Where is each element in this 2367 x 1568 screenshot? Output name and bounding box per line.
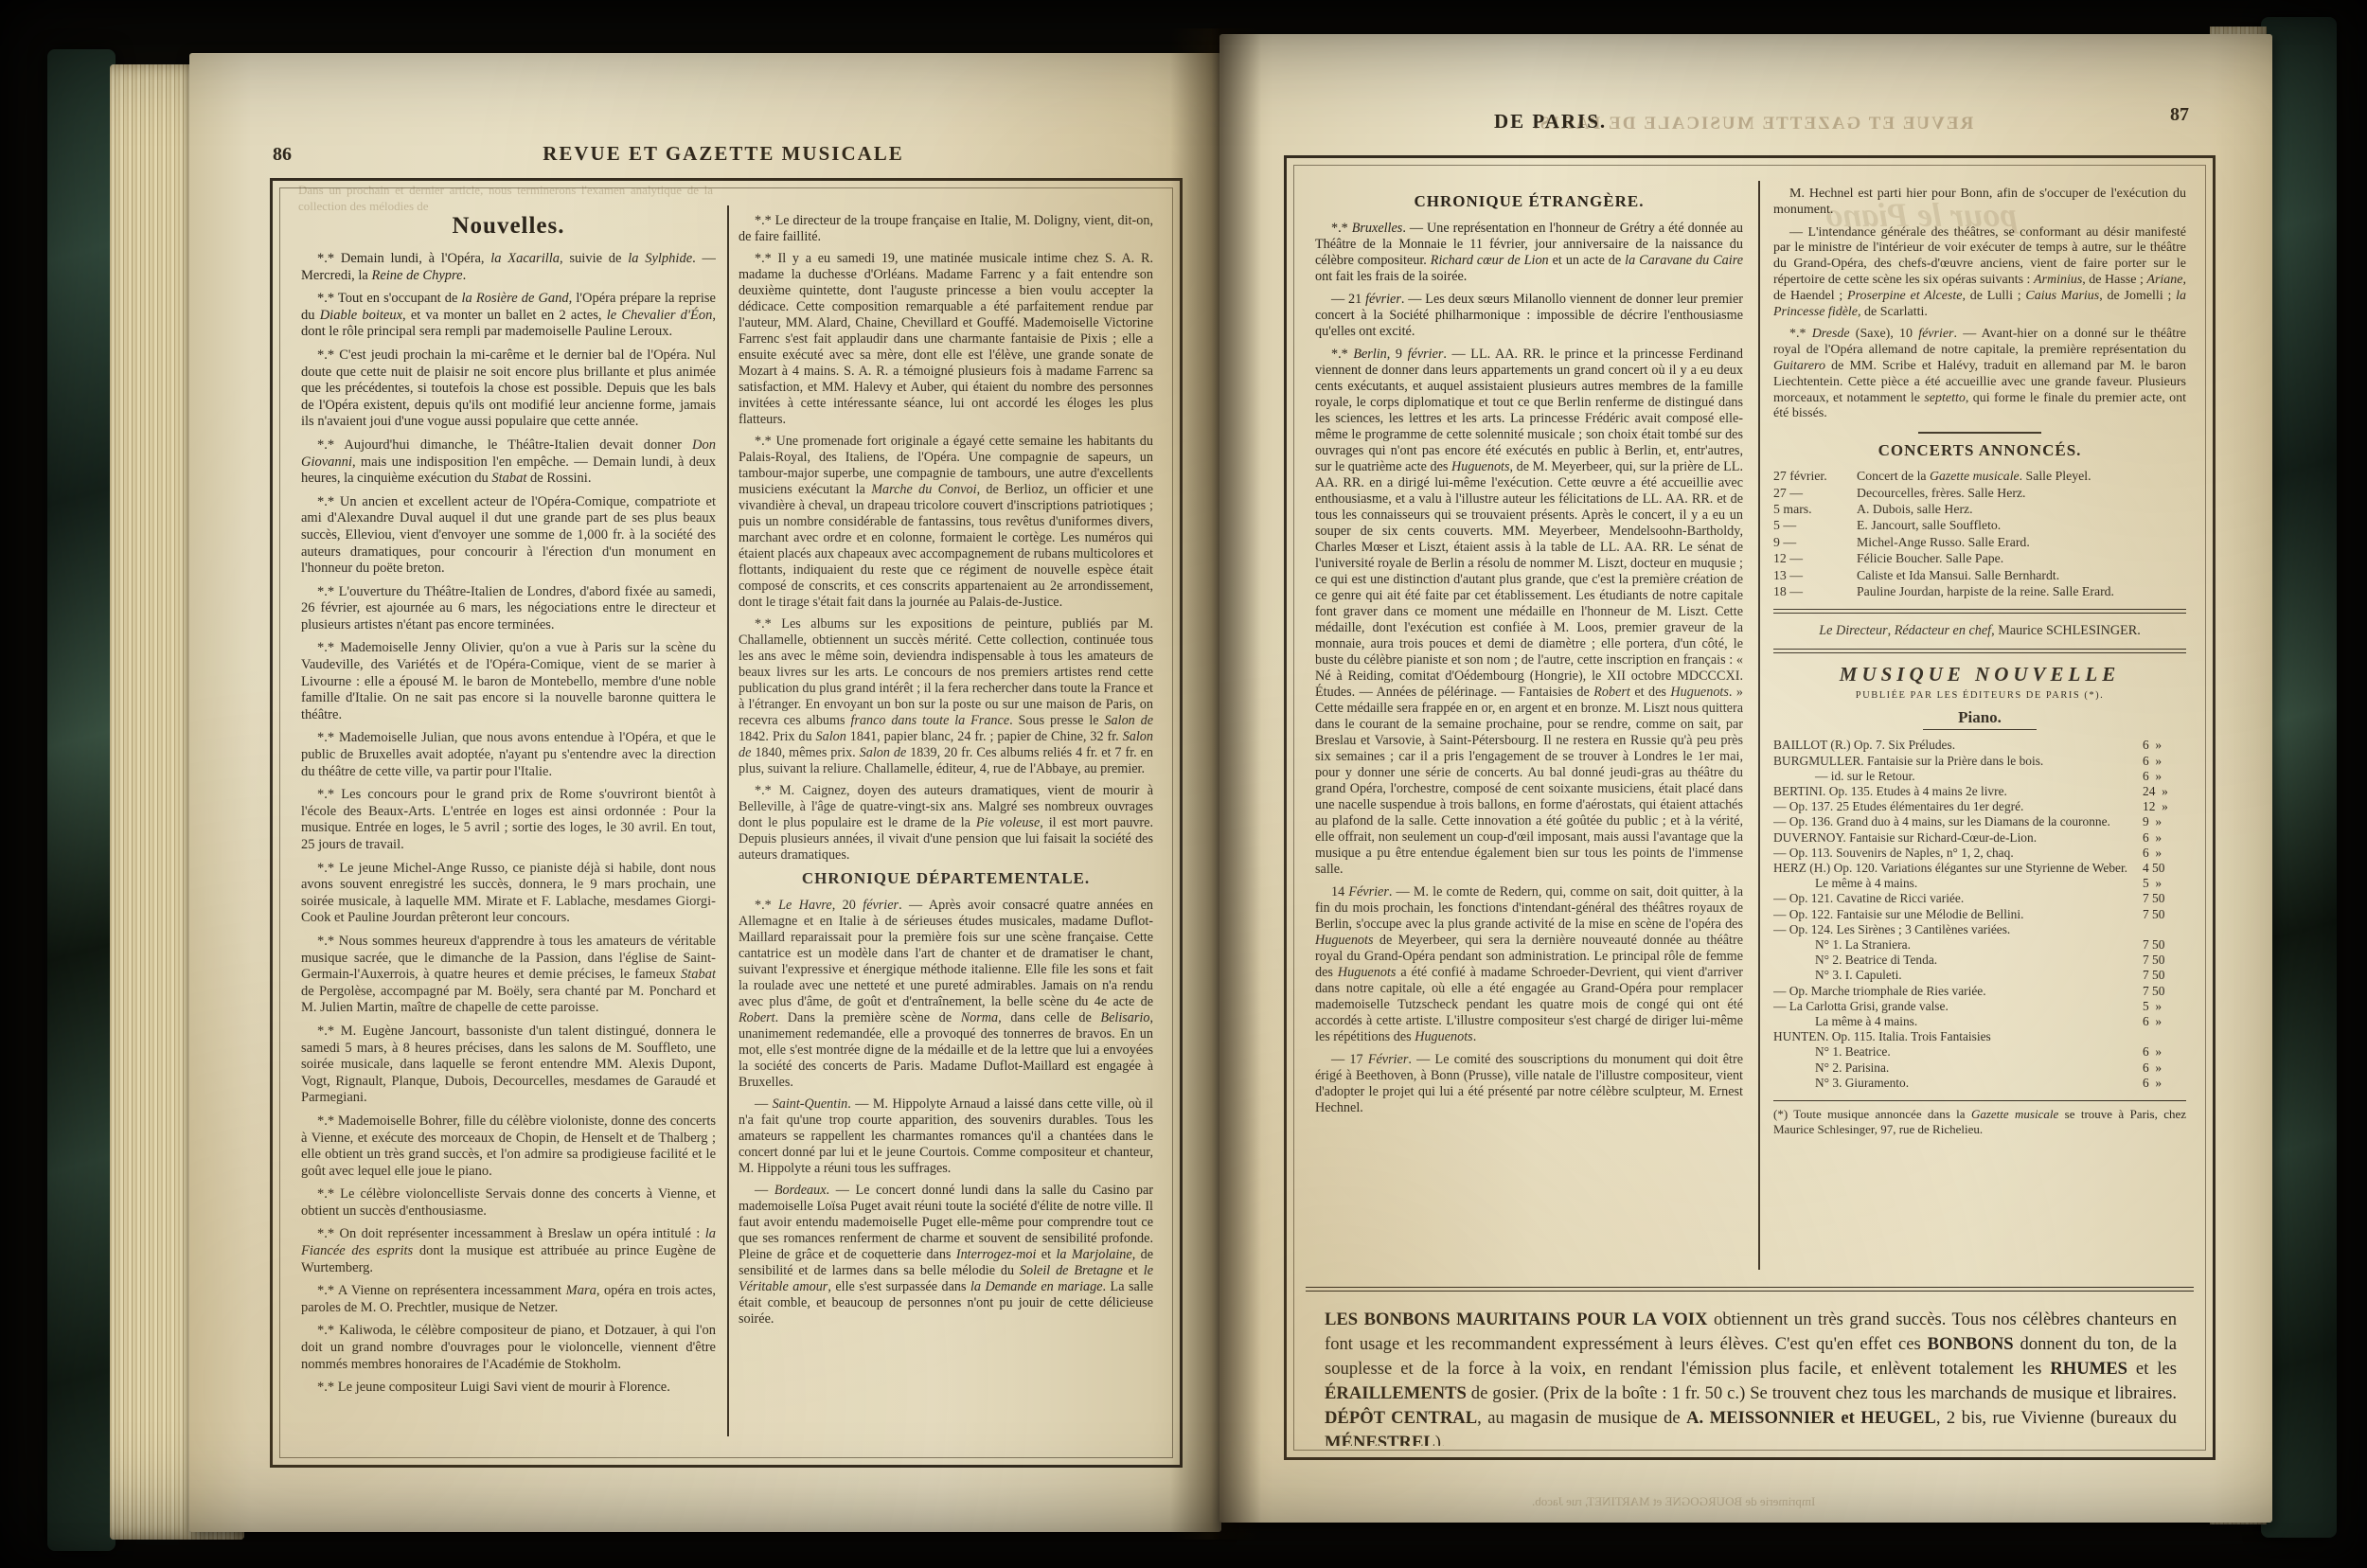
piece-title: — Op. 137. 25 Etudes élémentaires du 1er… [1773,799,2137,814]
piece-title: N° 2. Parisina. [1773,1060,2137,1076]
concert-date: 18 — [1773,583,1857,599]
piece-title: N° 1. Beatrice. [1773,1044,2137,1060]
concert-date: 9 — [1773,534,1857,550]
piece-title: N° 3. Giuramento. [1773,1076,2137,1091]
separator-rule [1918,432,2041,434]
piece-title: — id. sur le Retour. [1773,769,2137,784]
paragraph: — 21 février. — Les deux sœurs Milanollo… [1315,292,1743,340]
piece-price: 7 50 [2137,937,2186,953]
advertisement-bonbons: LES BONBONS MAURITAINS POUR LA VOIX obti… [1325,1308,2177,1446]
book-cover-left [47,49,116,1551]
concert-text: Michel-Ange Russo. Salle Erard. [1857,534,2186,550]
piano-price-list: BAILLOT (R.) Op. 7. Six Préludes.6 »BURG… [1773,738,2186,1091]
left-page-column-1: Nouvelles. *.* Demain lundi, à l'Opéra, … [301,213,716,1433]
left-page: 86 REVUE ET GAZETTE MUSICALE Dans un pro… [189,53,1221,1532]
piece-price: 6 » [2137,769,2186,784]
paragraph: *.* Nous sommes heureux d'apprendre à to… [301,934,716,1017]
director-line: Le Directeur, Rédacteur en chef, Maurice… [1773,623,2186,639]
section-title-concerts-annonces: CONCERTS ANNONCÉS. [1773,441,2186,460]
news-list: *.* Le directeur de la troupe française … [739,213,1153,864]
piece-price: 6 » [2137,1014,2186,1029]
piece-title: HERZ (H.) Op. 120. Variations élégantes … [1773,861,2137,876]
piece-title: — Op. 113. Souvenirs de Naples, n° 1, 2,… [1773,846,2137,861]
piece-title: — Op. 124. Les Sirènes ; 3 Cantilènes va… [1773,922,2137,937]
piano-row: BERTINI. Op. 135. Etudes à 4 mains 2e li… [1773,784,2186,799]
book-photo: 86 REVUE ET GAZETTE MUSICALE Dans un pro… [0,0,2367,1568]
paragraph: *.* Mademoiselle Julian, que nous avons … [301,730,716,780]
piece-title: DUVERNOY. Fantaisie sur Richard-Cœur-de-… [1773,830,2137,846]
separator-rule [1773,649,2186,653]
right-page-column-1: CHRONIQUE ÉTRANGÈRE. *.* Bruxelles. — Un… [1315,187,1743,1285]
concert-date: 27 février. [1773,468,1857,484]
concert-text: Pauline Jourdan, harpiste de la reine. S… [1857,583,2186,599]
running-title-right: DE PARIS. [1494,110,1607,134]
concert-date: 5 — [1773,517,1857,533]
concert-date: 27 — [1773,485,1857,501]
paragraph: *.* Berlin, 9 février. — LL. AA. RR. le … [1315,347,1743,878]
section-title-chronique-etrangere: CHRONIQUE ÉTRANGÈRE. [1315,192,1743,211]
section-title-nouvelles: Nouvelles. [301,213,716,240]
column-divider [727,205,729,1436]
concert-text: Concert de la Gazette musicale. Salle Pl… [1857,468,2186,484]
piece-price: 5 » [2137,876,2186,891]
piece-title: BERTINI. Op. 135. Etudes à 4 mains 2e li… [1773,784,2137,799]
chronique-departementale-list: *.* Le Havre, 20 février. — Après avoir … [739,898,1153,1327]
concert-row: 18 —Pauline Jourdan, harpiste de la rein… [1773,583,2186,599]
piece-price: 6 » [2137,738,2186,753]
paragraph: — L'intendance générale des théâtres, se… [1773,225,2186,321]
section-title-musique-nouvelle: MUSIQUE NOUVELLE [1773,663,2186,686]
piece-price: 7 50 [2137,891,2186,906]
piano-row: N° 2. Beatrice di Tenda.7 50 [1773,953,2186,968]
paragraph: *.* Mademoiselle Jenny Olivier, qu'on a … [301,640,716,723]
piece-price: 7 50 [2137,907,2186,922]
left-page-column-2: *.* Le directeur de la troupe française … [739,213,1153,1433]
piece-title: La même à 4 mains. [1773,1014,2137,1029]
piano-row: N° 2. Parisina.6 » [1773,1060,2186,1076]
piece-title: HUNTEN. Op. 115. Italia. Trois Fantaisie… [1773,1029,2137,1044]
concert-row: 12 —Félicie Boucher. Salle Pape. [1773,550,2186,566]
paragraph: *.* Les concours pour le grand prix de R… [301,787,716,853]
concert-date: 12 — [1773,550,1857,566]
piano-row: N° 3. I. Capuleti.7 50 [1773,968,2186,983]
piece-title: N° 1. La Straniera. [1773,937,2137,953]
piano-row: N° 3. Giuramento.6 » [1773,1076,2186,1091]
concert-row: 5 mars.A. Dubois, salle Herz. [1773,501,2186,517]
paragraph: — Bordeaux. — Le concert donné lundi dan… [739,1183,1153,1327]
piece-title: N° 2. Beatrice di Tenda. [1773,953,2137,968]
page-frame-left: Nouvelles. *.* Demain lundi, à l'Opéra, … [270,178,1183,1468]
news-list: M. Hechnel est parti hier pour Bonn, afi… [1773,187,2186,422]
ghost-imprint: Imprimerie de BOURGOGNE et MARTINET, rue… [1532,1494,1815,1509]
paragraph: *.* Demain lundi, à l'Opéra, la Xacarill… [301,251,716,284]
concert-text: Decourcelles, frères. Salle Herz. [1857,485,2186,501]
page-number-right: 87 [2170,104,2189,126]
paragraph: *.* Le directeur de la troupe française … [739,213,1153,245]
piano-row: HERZ (H.) Op. 120. Variations élégantes … [1773,861,2186,876]
paragraph: *.* Mademoiselle Bohrer, fille du célèbr… [301,1114,716,1180]
paragraph: *.* Le célèbre violoncelliste Servais do… [301,1186,716,1220]
piece-title: Le même à 4 mains. [1773,876,2137,891]
paragraph: *.* Kaliwoda, le célèbre compositeur de … [301,1323,716,1373]
column-divider [1758,181,1760,1270]
paragraph: *.* Le jeune Michel-Ange Russo, ce piani… [301,861,716,927]
piece-price: 7 50 [2137,953,2186,968]
piano-row: — id. sur le Retour.6 » [1773,769,2186,784]
concert-text: E. Jancourt, salle Souffleto. [1857,517,2186,533]
piano-row: — La Carlotta Grisi, grande valse.5 » [1773,999,2186,1014]
page-frame-right: CHRONIQUE ÉTRANGÈRE. *.* Bruxelles. — Un… [1284,155,2216,1460]
piece-price: 6 » [2137,846,2186,861]
concert-row: 27 février.Concert de la Gazette musical… [1773,468,2186,484]
separator-rule [1773,609,2186,614]
piano-row: — Op. 113. Souvenirs de Naples, n° 1, 2,… [1773,846,2186,861]
piece-price: 4 50 [2137,861,2186,876]
paragraph: *.* A Vienne on représentera incessammen… [301,1283,716,1316]
right-page: REVUE ET GAZETTE MUSICALE DE PARIS. DE P… [1219,34,2272,1523]
piece-price: 7 50 [2137,968,2186,983]
paragraph: *.* Une promenade fort originale a égayé… [739,434,1153,611]
paragraph: *.* Un ancien et excellent acteur de l'O… [301,494,716,578]
piece-price: 6 » [2137,754,2186,769]
piece-title: — Op. 122. Fantaisie sur une Mélodie de … [1773,907,2137,922]
musique-nouvelle-subtitle: PUBLIÉE PAR LES ÉDITEURS DE PARIS (*). [1773,690,2186,701]
piece-title: — Op. 136. Grand duo à 4 mains, sur les … [1773,814,2137,829]
paragraph: *.* M. Caignez, doyen des auteurs dramat… [739,783,1153,864]
paragraph: *.* Bruxelles. — Une représentation en l… [1315,221,1743,285]
concert-date: 5 mars. [1773,501,1857,517]
piece-title: N° 3. I. Capuleti. [1773,968,2137,983]
concert-row: 9 —Michel-Ange Russo. Salle Erard. [1773,534,2186,550]
section-title-piano: Piano. [1923,708,2037,730]
piano-row: — Op. 136. Grand duo à 4 mains, sur les … [1773,814,2186,829]
piano-row: BURGMULLER. Fantaisie sur la Prière dans… [1773,754,2186,769]
paragraph: *.* Le jeune compositeur Luigi Savi vien… [301,1380,716,1397]
piece-title: — Op. 121. Cavatine de Ricci variée. [1773,891,2137,906]
piece-price: 9 » [2137,814,2186,829]
piece-price [2137,922,2186,937]
piano-row: Le même à 4 mains.5 » [1773,876,2186,891]
piece-price: 6 » [2137,1076,2186,1091]
piece-title: — Op. Marche triomphale de Ries variée. [1773,984,2137,999]
paragraph: — 17 Février. — Le comité des souscripti… [1315,1052,1743,1116]
paragraph: *.* Les albums sur les expositions de pe… [739,616,1153,777]
piano-row: HUNTEN. Op. 115. Italia. Trois Fantaisie… [1773,1029,2186,1044]
piece-price: 6 » [2137,1044,2186,1060]
paragraph: *.* M. Eugène Jancourt, bassoniste d'un … [301,1024,716,1107]
piano-row: — Op. 137. 25 Etudes élémentaires du 1er… [1773,799,2186,814]
paragraph: *.* On doit représenter incessamment à B… [301,1226,716,1276]
piano-row: — Op. 122. Fantaisie sur une Mélodie de … [1773,907,2186,922]
section-title-chronique-departementale: CHRONIQUE DÉPARTEMENTALE. [739,869,1153,888]
paragraph: — Saint-Quentin. — M. Hippolyte Arnaud a… [739,1096,1153,1177]
concert-row: 5 —E. Jancourt, salle Souffleto. [1773,517,2186,533]
concert-row: 27 —Decourcelles, frères. Salle Herz. [1773,485,2186,501]
piece-price: 6 » [2137,1060,2186,1076]
paragraph: 14 Février. — M. le comte de Redern, qui… [1315,884,1743,1045]
paragraph: *.* C'est jeudi prochain la mi-carême et… [301,347,716,431]
piece-title: BAILLOT (R.) Op. 7. Six Préludes. [1773,738,2137,753]
piece-price [2137,1029,2186,1044]
concert-row: 13 —Caliste et Ida Mansui. Salle Bernhar… [1773,567,2186,583]
piece-title: — La Carlotta Grisi, grande valse. [1773,999,2137,1014]
piece-price: 6 » [2137,830,2186,846]
piece-price: 12 » [2137,799,2186,814]
concert-date: 13 — [1773,567,1857,583]
piece-price: 7 50 [2137,984,2186,999]
piano-row: BAILLOT (R.) Op. 7. Six Préludes.6 » [1773,738,2186,753]
paragraph: *.* Dresde (Saxe), 10 février. — Avant-h… [1773,327,2186,422]
piano-row: DUVERNOY. Fantaisie sur Richard-Cœur-de-… [1773,830,2186,846]
piece-title: BURGMULLER. Fantaisie sur la Prière dans… [1773,754,2137,769]
piano-row: N° 1. Beatrice.6 » [1773,1044,2186,1060]
piano-row: — Op. Marche triomphale de Ries variée.7… [1773,984,2186,999]
paragraph: *.* Il y a eu samedi 19, une matinée mus… [739,251,1153,428]
piece-price: 24 » [2137,784,2186,799]
piece-price: 5 » [2137,999,2186,1014]
paragraph: *.* Tout en s'occupant de la Rosière de … [301,291,716,341]
concert-text: Caliste et Ida Mansui. Salle Bernhardt. [1857,567,2186,583]
concerts-list: 27 février.Concert de la Gazette musical… [1773,468,2186,599]
chronique-etrangere-list: *.* Bruxelles. — Une représentation en l… [1315,221,1743,1116]
piano-row: — Op. 121. Cavatine de Ricci variée.7 50 [1773,891,2186,906]
running-title-left: REVUE ET GAZETTE MUSICALE [270,142,1177,166]
right-page-column-2: M. Hechnel est parti hier pour Bonn, afi… [1773,187,2186,1285]
concert-text: Félicie Boucher. Salle Pape. [1857,550,2186,566]
piano-row: La même à 4 mains.6 » [1773,1014,2186,1029]
paragraph: *.* Le Havre, 20 février. — Après avoir … [739,898,1153,1091]
separator-rule [1306,1287,2194,1292]
piano-row: — Op. 124. Les Sirènes ; 3 Cantilènes va… [1773,922,2186,937]
paragraph: *.* Aujourd'hui dimanche, le Théâtre-Ita… [301,437,716,488]
book-cover-right [2261,17,2337,1538]
news-list: *.* Demain lundi, à l'Opéra, la Xacarill… [301,251,716,1397]
concert-text: A. Dubois, salle Herz. [1857,501,2186,517]
paragraph: M. Hechnel est parti hier pour Bonn, afi… [1773,187,2186,219]
piano-row: N° 1. La Straniera.7 50 [1773,937,2186,953]
paragraph: *.* L'ouverture du Théâtre-Italien de Lo… [301,584,716,634]
footnote: (*) Toute musique annoncée dans la Gazet… [1773,1100,2186,1137]
